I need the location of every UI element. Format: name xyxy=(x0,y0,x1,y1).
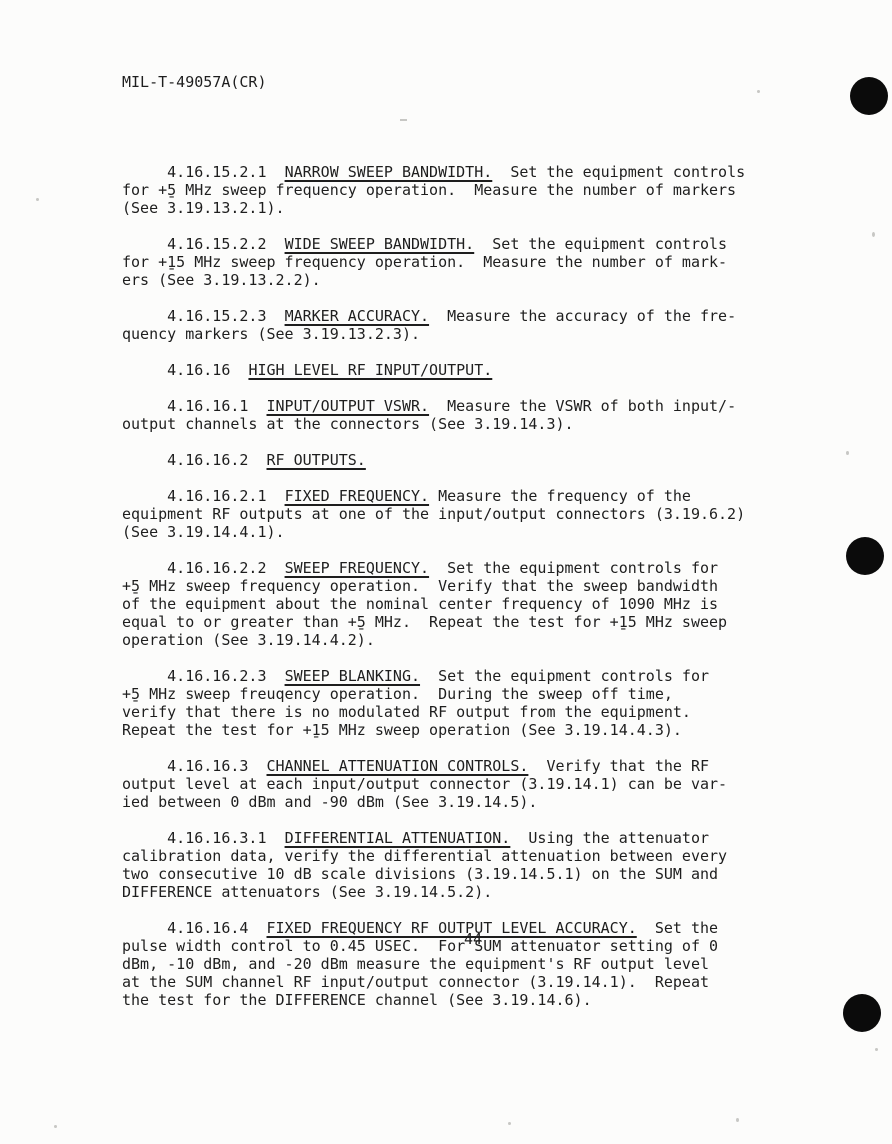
body-text: equipment RF outputs at one of the input… xyxy=(122,505,745,523)
punch-dot-top xyxy=(850,77,888,115)
body-text: output level at each input/output connec… xyxy=(122,775,727,793)
body-text: the test for the DIFFERENCE channel (See… xyxy=(122,991,592,1009)
body-text: verify that there is no modulated RF out… xyxy=(122,703,691,721)
text-line: Repeat the test for +̱15 MHz sweep opera… xyxy=(122,721,782,739)
body-text: for +̱5 MHz sweep frequency operation. M… xyxy=(122,181,736,199)
text-line: operation (See 3.19.14.4.2). xyxy=(122,631,782,649)
text-line: the test for the DIFFERENCE channel (See… xyxy=(122,991,782,1009)
body-text: 4.16.16.1 xyxy=(122,397,267,415)
text-line: 4.16.16.2.2 SWEEP FREQUENCY. Set the equ… xyxy=(122,559,782,577)
scan-speck xyxy=(872,232,875,237)
body-text: 4.16.16.2.2 xyxy=(122,559,285,577)
body-text: quency markers (See 3.19.13.2.3). xyxy=(122,325,420,343)
section-heading: DIFFERENTIAL ATTENUATION. xyxy=(285,829,511,847)
scan-speck xyxy=(875,1048,878,1051)
section-heading: SWEEP BLANKING. xyxy=(285,667,420,685)
section-heading: FIXED FREQUENCY RF OUTPUT LEVEL ACCURACY… xyxy=(267,919,637,937)
body-text: ers (See 3.19.13.2.2). xyxy=(122,271,321,289)
text-line: (See 3.19.13.2.1). xyxy=(122,199,782,217)
body-text: of the equipment about the nominal cente… xyxy=(122,595,718,613)
body-text: 4.16.16.4 xyxy=(122,919,267,937)
text-line: 4.16.16 HIGH LEVEL RF INPUT/OUTPUT. xyxy=(122,361,782,379)
paragraph: 4.16.16.2 RF OUTPUTS. xyxy=(122,451,782,469)
text-line: output channels at the connectors (See 3… xyxy=(122,415,782,433)
text-line: +̱5 MHz sweep freuqency operation. Durin… xyxy=(122,685,782,703)
body-text: Verify that the RF xyxy=(528,757,709,775)
punch-dot-bottom xyxy=(843,994,881,1032)
text-line: output level at each input/output connec… xyxy=(122,775,782,793)
text-line: two consecutive 10 dB scale divisions (3… xyxy=(122,865,782,883)
body-text: 4.16.15.2.3 xyxy=(122,307,285,325)
body-text: 4.16.15.2.2 xyxy=(122,235,285,253)
text-line: 4.16.15.2.2 WIDE SWEEP BANDWIDTH. Set th… xyxy=(122,235,782,253)
text-line: 4.16.16.1 INPUT/OUTPUT VSWR. Measure the… xyxy=(122,397,782,415)
text-line: 4.16.16.2 RF OUTPUTS. xyxy=(122,451,782,469)
section-heading: HIGH LEVEL RF INPUT/OUTPUT. xyxy=(248,361,492,379)
text-line: dBm, -10 dBm, and -20 dBm measure the eq… xyxy=(122,955,782,973)
paragraph: 4.16.16.3 CHANNEL ATTENUATION CONTROLS. … xyxy=(122,757,782,811)
scan-speck xyxy=(400,119,407,121)
paragraph: 4.16.16 HIGH LEVEL RF INPUT/OUTPUT. xyxy=(122,361,782,379)
scanned-document-page: MIL-T-49057A(CR) 4.16.15.2.1 NARROW SWEE… xyxy=(0,0,892,1144)
body-text: output channels at the connectors (See 3… xyxy=(122,415,574,433)
text-line: equal to or greater than +̱5 MHz. Repeat… xyxy=(122,613,782,631)
text-line: 4.16.16.4 FIXED FREQUENCY RF OUTPUT LEVE… xyxy=(122,919,782,937)
section-heading: NARROW SWEEP BANDWIDTH. xyxy=(285,163,493,181)
text-line: pulse width control to 0.45 USEC. For SU… xyxy=(122,937,782,955)
body-text: Set the xyxy=(637,919,718,937)
paragraph: 4.16.16.3.1 DIFFERENTIAL ATTENUATION. Us… xyxy=(122,829,782,901)
text-line: 4.16.16.2.3 SWEEP BLANKING. Set the equi… xyxy=(122,667,782,685)
paragraph: 4.16.16.4 FIXED FREQUENCY RF OUTPUT LEVE… xyxy=(122,919,782,1009)
paragraph: 4.16.16.1 INPUT/OUTPUT VSWR. Measure the… xyxy=(122,397,782,433)
section-heading: SWEEP FREQUENCY. xyxy=(285,559,430,577)
scan-speck xyxy=(736,1118,739,1122)
body-text: Using the attenuator xyxy=(510,829,709,847)
body-text: equal to or greater than +̱5 MHz. Repeat… xyxy=(122,613,727,631)
body-text: 4.16.16.2.3 xyxy=(122,667,285,685)
text-line: 4.16.16.2.1 FIXED FREQUENCY. Measure the… xyxy=(122,487,782,505)
text-line: 4.16.16.3 CHANNEL ATTENUATION CONTROLS. … xyxy=(122,757,782,775)
body-text: dBm, -10 dBm, and -20 dBm measure the eq… xyxy=(122,955,709,973)
text-line: for +̱5 MHz sweep frequency operation. M… xyxy=(122,181,782,199)
body-text: 4.16.16.3 xyxy=(122,757,267,775)
body-text: Set the equipment controls xyxy=(474,235,727,253)
text-line: for +̱15 MHz sweep frequency operation. … xyxy=(122,253,782,271)
paragraph: 4.16.16.2.3 SWEEP BLANKING. Set the equi… xyxy=(122,667,782,739)
scan-speck xyxy=(54,1125,57,1128)
scan-speck xyxy=(508,1122,511,1125)
text-line: ied between 0 dBm and -90 dBm (See 3.19.… xyxy=(122,793,782,811)
body-text: pulse width control to 0.45 USEC. For SU… xyxy=(122,937,718,955)
body-text: 4.16.16 xyxy=(122,361,248,379)
section-heading: RF OUTPUTS. xyxy=(267,451,366,469)
text-line: of the equipment about the nominal cente… xyxy=(122,595,782,613)
text-line: DIFFERENCE attenuators (See 3.19.14.5.2)… xyxy=(122,883,782,901)
text-line: 4.16.15.2.3 MARKER ACCURACY. Measure the… xyxy=(122,307,782,325)
section-heading: CHANNEL ATTENUATION CONTROLS. xyxy=(267,757,529,775)
text-line: +̱5 MHz sweep frequency operation. Verif… xyxy=(122,577,782,595)
body-text: calibration data, verify the differentia… xyxy=(122,847,727,865)
text-block: MIL-T-49057A(CR) 4.16.15.2.1 NARROW SWEE… xyxy=(122,37,782,1009)
body-text: DIFFERENCE attenuators (See 3.19.14.5.2)… xyxy=(122,883,492,901)
text-line: 4.16.15.2.1 NARROW SWEEP BANDWIDTH. Set … xyxy=(122,163,782,181)
text-line: 4.16.16.3.1 DIFFERENTIAL ATTENUATION. Us… xyxy=(122,829,782,847)
section-heading: WIDE SWEEP BANDWIDTH. xyxy=(285,235,475,253)
body-text: ied between 0 dBm and -90 dBm (See 3.19.… xyxy=(122,793,537,811)
text-line: quency markers (See 3.19.13.2.3). xyxy=(122,325,782,343)
body-text: Measure the frequency of the xyxy=(429,487,691,505)
scan-speck xyxy=(757,90,760,93)
text-line: (See 3.19.14.4.1). xyxy=(122,523,782,541)
paragraph: 4.16.15.2.2 WIDE SWEEP BANDWIDTH. Set th… xyxy=(122,235,782,289)
body-text: two consecutive 10 dB scale divisions (3… xyxy=(122,865,718,883)
body-text: +̱5 MHz sweep frequency operation. Verif… xyxy=(122,577,718,595)
page-number: 44 xyxy=(464,930,482,948)
body-text: Repeat the test for +̱15 MHz sweep opera… xyxy=(122,721,682,739)
scan-speck xyxy=(846,451,849,455)
body-text: 4.16.15.2.1 xyxy=(122,163,285,181)
section-heading: FIXED FREQUENCY. xyxy=(285,487,430,505)
body-text: operation (See 3.19.14.4.2). xyxy=(122,631,375,649)
body-text: Measure the accuracy of the fre- xyxy=(429,307,736,325)
punch-dot-middle xyxy=(846,537,884,575)
body-text: (See 3.19.13.2.1). xyxy=(122,199,285,217)
body-text: Set the equipment controls xyxy=(492,163,745,181)
document-header: MIL-T-49057A(CR) xyxy=(122,73,782,91)
body-text: Set the equipment controls for xyxy=(420,667,709,685)
body-text: (See 3.19.14.4.1). xyxy=(122,523,285,541)
body-text: for +̱15 MHz sweep frequency operation. … xyxy=(122,253,727,271)
text-line: ers (See 3.19.13.2.2). xyxy=(122,271,782,289)
body-text: +̱5 MHz sweep freuqency operation. Durin… xyxy=(122,685,673,703)
section-heading: MARKER ACCURACY. xyxy=(285,307,430,325)
paragraph: 4.16.15.2.1 NARROW SWEEP BANDWIDTH. Set … xyxy=(122,163,782,217)
text-line: at the SUM channel RF input/output conne… xyxy=(122,973,782,991)
paragraph: 4.16.16.2.1 FIXED FREQUENCY. Measure the… xyxy=(122,487,782,541)
text-line: equipment RF outputs at one of the input… xyxy=(122,505,782,523)
body-text: 4.16.16.3.1 xyxy=(122,829,285,847)
body-text: Set the equipment controls for xyxy=(429,559,718,577)
section-heading: INPUT/OUTPUT VSWR. xyxy=(267,397,430,415)
body-text: at the SUM channel RF input/output conne… xyxy=(122,973,709,991)
scan-speck xyxy=(36,198,39,201)
body-text: 4.16.16.2.1 xyxy=(122,487,285,505)
body-text: Measure the VSWR of both input/- xyxy=(429,397,736,415)
text-line: calibration data, verify the differentia… xyxy=(122,847,782,865)
body-text: 4.16.16.2 xyxy=(122,451,267,469)
paragraph: 4.16.16.2.2 SWEEP FREQUENCY. Set the equ… xyxy=(122,559,782,649)
text-line: verify that there is no modulated RF out… xyxy=(122,703,782,721)
paragraph: 4.16.15.2.3 MARKER ACCURACY. Measure the… xyxy=(122,307,782,343)
